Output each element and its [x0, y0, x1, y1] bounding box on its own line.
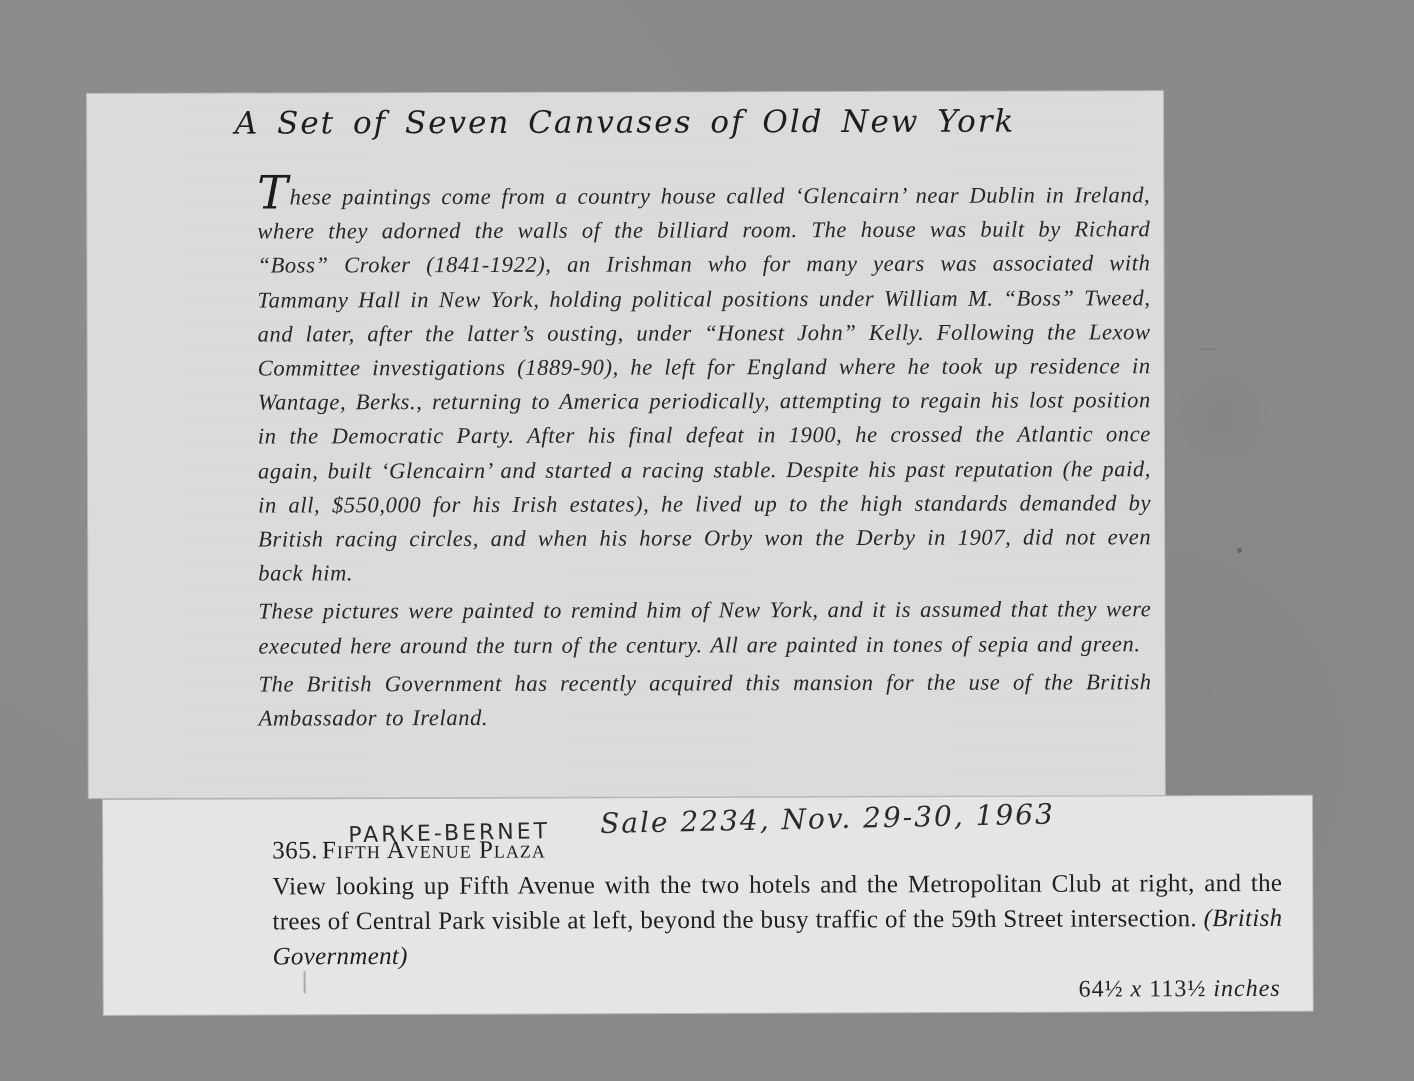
essay-paragraph-2: These pictures were painted to remind hi…	[258, 593, 1151, 664]
sale-note: Sale 2234, Nov. 29-30, 1963	[600, 798, 1055, 841]
dimension-unit: inches	[1213, 976, 1280, 1002]
essay-paragraph-3: The British Government has recently acqu…	[259, 665, 1152, 736]
dimension-height: 64½	[1079, 976, 1124, 1002]
fingerprint-smudge	[1175, 365, 1270, 460]
essay-paragraph-1: These paintings come from a country hous…	[257, 175, 1151, 591]
essay-clipping: A Set of Seven Canvases of Old New York …	[87, 91, 1165, 798]
lot-number: 365.	[272, 837, 318, 864]
lot-title: Fifth Avenue Plaza	[322, 836, 546, 864]
lot-dimensions: 64½ x 113½ inches	[1079, 976, 1281, 1004]
ink-dot	[1237, 548, 1242, 553]
faint-pencil-mark	[304, 971, 306, 993]
dimension-width: 113½	[1149, 976, 1206, 1002]
lot-description: View looking up Fifth Avenue with the tw…	[272, 866, 1282, 975]
drop-cap: T	[257, 165, 288, 219]
lot-heading: 365.Fifth Avenue Plaza	[272, 836, 546, 865]
lot-clipping: PARKE-BERNET Sale 2234, Nov. 29-30, 1963…	[103, 796, 1313, 1015]
essay-title: A Set of Seven Canvases of Old New York	[87, 103, 1163, 142]
essay-paragraph-1-text: hese paintings come from a country house…	[257, 182, 1151, 586]
essay-body: These paintings come from a country hous…	[257, 175, 1151, 740]
lot-description-text: View looking up Fifth Avenue with the tw…	[272, 870, 1282, 936]
dimension-separator: x	[1131, 976, 1143, 1002]
pencil-mark	[1200, 348, 1218, 350]
